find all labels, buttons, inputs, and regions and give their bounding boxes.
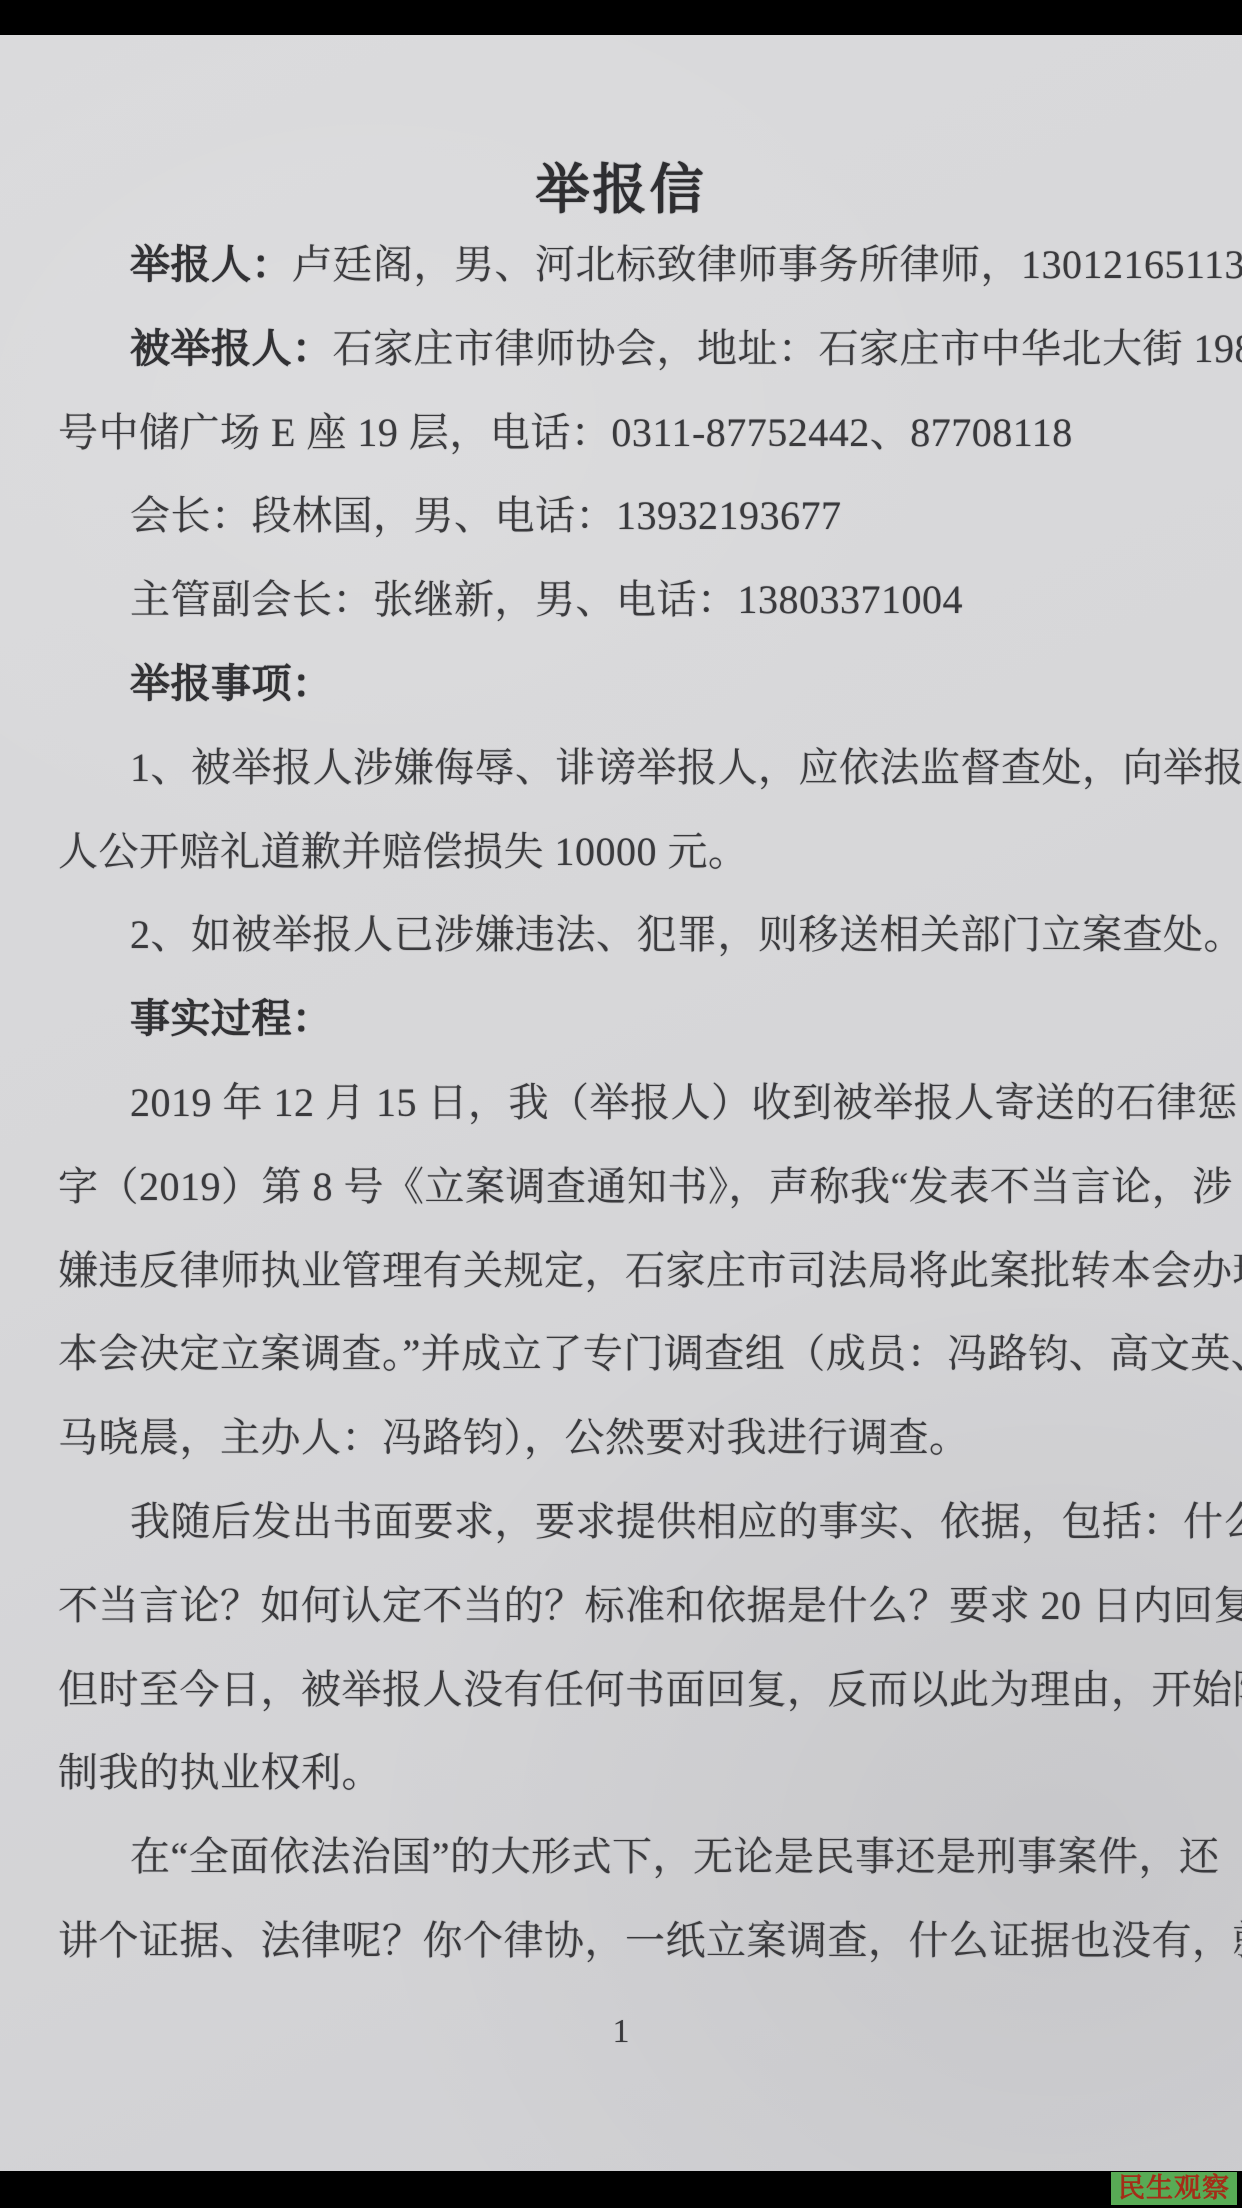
text-line: 2019 年 12 月 15 日，我（举报人）收到被举报人寄送的石律惩	[58, 1061, 1154, 1145]
text-segment: 马晓晨，主办人：冯路钧），公然要对我进行调查。	[58, 1415, 970, 1460]
text-line: 不当言论？如何认定不当的？标准和依据是什么？要求 20 日内回复。	[58, 1564, 1154, 1648]
text-line: 我随后发出书面要求，要求提供相应的事实、依据，包括：什么	[58, 1480, 1154, 1564]
text-segment-bold: 事实过程：	[130, 996, 333, 1041]
text-line: 讲个证据、法律呢？你个律协，一纸立案调查，什么证据也没有，就	[58, 1899, 1154, 1983]
text-segment: 石家庄市律师协会，地址：石家庄市中华北大街 198	[333, 326, 1242, 371]
text-line: 事实过程：	[58, 977, 1154, 1061]
text-line: 主管副会长：张继新，男、电话：13803371004	[58, 558, 1154, 642]
text-line: 字（2019）第 8 号《立案调查通知书》，声称我“发表不当言论，涉	[58, 1145, 1154, 1229]
phone-screenshot: 举报信 举报人：卢廷阁，男、河北标致律师事务所律师，13012165113被举报…	[0, 0, 1242, 2208]
text-line: 会长：段林国，男、电话：13932193677	[58, 474, 1154, 558]
text-segment: 2019 年 12 月 15 日，我（举报人）收到被举报人寄送的石律惩	[130, 1080, 1238, 1125]
text-line: 举报人：卢廷阁，男、河北标致律师事务所律师，13012165113	[58, 223, 1154, 307]
text-line: 本会决定立案调查。”并成立了专门调查组（成员：冯路钧、高文英、	[58, 1312, 1154, 1396]
text-segment: 号中储广场 E 座 19 层，电话：0311-87752442、87708118	[58, 410, 1073, 455]
text-segment: 但时至今日，被举报人没有任何书面回复，反而以此为理由，开始限	[58, 1667, 1242, 1712]
text-segment: 人公开赔礼道歉并赔偿损失 10000 元。	[58, 829, 749, 874]
watermark-badge: 民生观察	[1111, 2172, 1237, 2205]
text-segment: 1、被举报人涉嫌侮辱、诽谤举报人，应依法监督查处，向举报	[130, 745, 1242, 790]
text-segment: 卢廷阁，男、河北标致律师事务所律师，13012165113	[292, 242, 1242, 287]
text-segment: 在“全面依法治国”的大形式下，无论是民事还是刑事案件，还	[130, 1834, 1220, 1879]
text-line: 在“全面依法治国”的大形式下，无论是民事还是刑事案件，还	[58, 1815, 1154, 1899]
text-line: 被举报人：石家庄市律师协会，地址：石家庄市中华北大街 198	[58, 307, 1154, 391]
text-segment-bold: 被举报人：	[130, 326, 333, 371]
text-segment: 2、如被举报人已涉嫌违法、犯罪，则移送相关部门立案查处。	[130, 912, 1242, 957]
text-line: 2、如被举报人已涉嫌违法、犯罪，则移送相关部门立案查处。	[58, 893, 1154, 977]
text-segment: 不当言论？如何认定不当的？标准和依据是什么？要求 20 日内回复。	[58, 1583, 1242, 1628]
text-line: 马晓晨，主办人：冯路钧），公然要对我进行调查。	[58, 1396, 1154, 1480]
text-line: 号中储广场 E 座 19 层，电话：0311-87752442、87708118	[58, 391, 1154, 475]
text-segment: 我随后发出书面要求，要求提供相应的事实、依据，包括：什么	[130, 1499, 1242, 1544]
text-segment: 字（2019）第 8 号《立案调查通知书》，声称我“发表不当言论，涉	[58, 1164, 1233, 1209]
text-segment: 制我的执业权利。	[58, 1750, 382, 1795]
text-segment-bold: 举报事项：	[130, 661, 333, 706]
page-number: 1	[0, 2013, 1242, 2051]
document-title: 举报信	[0, 147, 1242, 224]
text-segment: 主管副会长：张继新，男、电话：13803371004	[130, 577, 963, 622]
text-segment: 本会决定立案调查。”并成立了专门调查组（成员：冯路钧、高文英、	[58, 1331, 1242, 1376]
text-line: 嫌违反律师执业管理有关规定，石家庄市司法局将此案批转本会办理，	[58, 1229, 1154, 1313]
text-segment: 讲个证据、法律呢？你个律协，一纸立案调查，什么证据也没有，就	[58, 1918, 1242, 1963]
text-line: 制我的执业权利。	[58, 1731, 1154, 1815]
document-body: 举报人：卢廷阁，男、河北标致律师事务所律师，13012165113被举报人：石家…	[58, 223, 1154, 1983]
text-line: 举报事项：	[58, 642, 1154, 726]
text-segment-bold: 举报人：	[130, 242, 292, 287]
text-segment: 嫌违反律师执业管理有关规定，石家庄市司法局将此案批转本会办理，	[58, 1248, 1242, 1293]
text-line: 人公开赔礼道歉并赔偿损失 10000 元。	[58, 810, 1154, 894]
text-line: 但时至今日，被举报人没有任何书面回复，反而以此为理由，开始限	[58, 1648, 1154, 1732]
text-segment: 会长：段林国，男、电话：13932193677	[130, 493, 842, 538]
document-page: 举报信 举报人：卢廷阁，男、河北标致律师事务所律师，13012165113被举报…	[0, 35, 1242, 2171]
text-line: 1、被举报人涉嫌侮辱、诽谤举报人，应依法监督查处，向举报	[58, 726, 1154, 810]
